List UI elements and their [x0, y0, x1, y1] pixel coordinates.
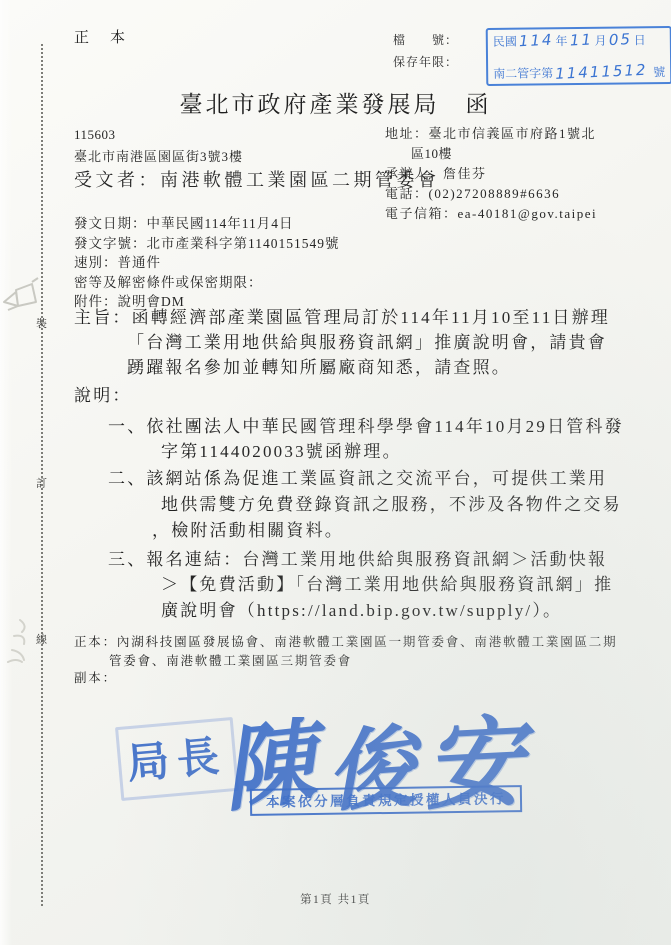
binding-mark-ding: 訂: [36, 475, 47, 491]
security-class-line: 密等及解密條件或保密期限：: [74, 273, 340, 293]
recipient-address: 臺北市南港區園區街3號3樓: [74, 146, 243, 165]
stamp-docno-value: 11411512: [555, 61, 648, 83]
stamp-docno-prefix: 南二管字第: [493, 64, 553, 82]
issue-number-line: 發文字號：北市產業科字第1140151549號: [74, 234, 340, 254]
subject-line-2: 「台灣工業用地供給與服務資訊網」推廣說明會，請貴會: [127, 328, 607, 353]
stamp-docno-row: 南二管字第 11411512 號: [493, 62, 665, 82]
contact-email: 電子信箱：ea-40181@gov.taipei: [385, 204, 597, 224]
explanation-item3-line1: 三、報名連結：台灣工業用地供給與服務資訊網＞活動快報: [108, 545, 607, 570]
stamp-day-value: 05: [608, 30, 632, 49]
authorization-stamp: 本案依分層負責規定授權人員決行: [250, 785, 522, 816]
document-title: 臺北市政府產業發展局 函: [0, 86, 671, 119]
contact-phone: 電話：(02)27208889#6636: [385, 184, 597, 204]
stamp-era-label: 民國: [493, 33, 517, 50]
stamp-year-value: 114: [518, 31, 553, 51]
distribution-copy-label: 副本：: [74, 668, 117, 686]
received-date-stamp: 民國 114 年 11 月 05 日 南二管字第 11411512 號: [486, 26, 671, 86]
speed-class-line: 速別：普通件: [74, 253, 340, 273]
explanation-item2-line3: ，檢附活動相關資料。: [152, 516, 344, 541]
explanation-heading: 說明：: [74, 381, 132, 406]
distribution-original-line1: 正本：內湖科技園區發展協會、南港軟體工業園區一期管委會、南港軟體工業園區二期: [74, 632, 617, 650]
file-number-label: 檔 號：: [393, 31, 458, 48]
stamp-day-label: 日: [634, 31, 646, 48]
binding-mark-zhuang: 裝: [36, 315, 47, 331]
retention-period-label: 保存年限：: [393, 53, 458, 70]
issue-date-line: 發文日期：中華民國114年11月4日: [74, 214, 340, 234]
recipient-zip: 115603: [74, 127, 116, 143]
explanation-item1-line1: 一、依社團法人中華民國管理科學學會114年10月29日管科發: [108, 412, 624, 437]
stamp-date-row: 民國 114 年 11 月 05 日: [493, 30, 665, 50]
page-number-footer: 第1頁 共1頁: [0, 891, 671, 907]
explanation-item3-line3: 廣說明會（https://land.bip.gov.tw/supply/）。: [161, 596, 562, 621]
subject-line-3: 踴躍報名參加並轉知所屬廠商知悉，請查照。: [127, 353, 511, 378]
document-meta-block: 發文日期：中華民國114年11月4日 發文字號：北市產業科字第114015154…: [74, 214, 340, 312]
scanned-official-letter: 裝 訂 線 正 本 檔 號： 保存年限： 民國 114 年 11 月 05 日 …: [0, 0, 671, 945]
stamp-year-label: 年: [555, 32, 567, 49]
binding-mark-xian: 線: [36, 631, 47, 647]
contact-address-line2: 區10樓: [385, 144, 597, 164]
explanation-item2-line1: 二、該網站係為促進工業區資訊之交流平台，可提供工業用: [108, 464, 607, 489]
stamp-month-value: 11: [569, 30, 593, 49]
contact-person: 承辦人：詹佳芬: [385, 164, 597, 184]
subject-line-1: 主旨：函轉經濟部產業園區管理局訂於114年11月10至11日辦理: [74, 303, 610, 328]
contact-address-line1: 地址：臺北市信義區市府路1號北: [385, 124, 597, 144]
pencil-scribble-bottom-left: [4, 616, 36, 668]
stamp-month-label: 月: [595, 32, 607, 49]
explanation-item2-line2: 地供需雙方免費登錄資訊之服務，不涉及各物件之交易: [161, 490, 622, 515]
explanation-item3-line2: ＞【免費活動】「台灣工業用地供給與服務資訊網」推: [161, 570, 613, 595]
explanation-item1-line2: 字第1144020033號函辦理。: [161, 437, 402, 462]
stamp-docno-suffix: 號: [653, 63, 665, 80]
copy-type-label: 正 本: [74, 26, 128, 47]
distribution-original-line2: 管委會、南港軟體工業園區三期管委會: [109, 651, 352, 669]
agency-contact-block: 地址：臺北市信義區市府路1號北 區10樓 承辦人：詹佳芬 電話：(02)2720…: [385, 124, 597, 224]
